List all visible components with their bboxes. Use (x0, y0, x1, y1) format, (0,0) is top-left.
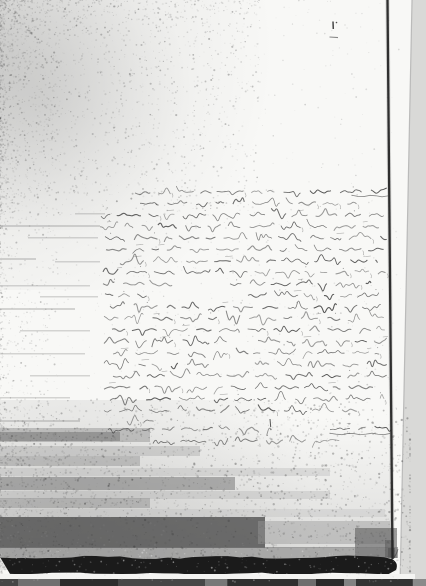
scanned-letter-image (0, 0, 426, 586)
scanned-document-page (0, 0, 426, 586)
